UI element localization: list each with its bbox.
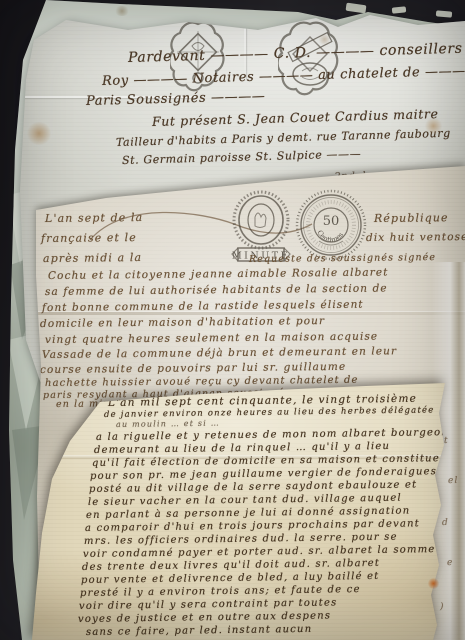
fold-highlight [0, 0, 465, 640]
aged-backing-paper [0, 0, 465, 640]
torn-paper-bit [436, 10, 452, 17]
fold-shadow [0, 0, 465, 640]
fold-shadow [0, 0, 465, 640]
manuscript-photo: Pardevant ———— C. D. ———— conseillers du… [0, 0, 465, 640]
fold-highlight [0, 0, 465, 640]
